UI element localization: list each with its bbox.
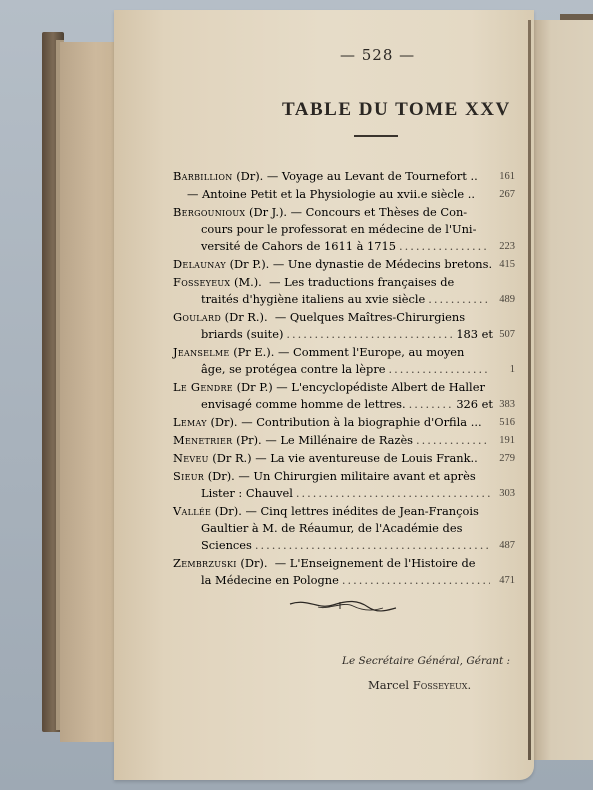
entry-title: — Voyage au Levant de Tournefort .. <box>267 168 478 185</box>
toc-entry: Le Gendre (Dr P.) — L'encyclopédiste Alb… <box>173 379 513 413</box>
entry-author: Bergounioux <box>173 204 245 221</box>
entry-author: Neveu <box>173 450 209 467</box>
entry-qualification: (Dr P.). <box>230 256 270 273</box>
entry-qualification: (Pr E.). <box>233 344 274 361</box>
entry-title: — L'encyclopédiste Albert de Haller <box>276 379 485 396</box>
entry-title-cont: Gaultier à M. de Réaumur, de l'Académie … <box>201 520 462 537</box>
entry-qualification: (Dr). <box>236 168 263 185</box>
entry-page: 415 <box>499 256 515 273</box>
entry-title-cont: versité de Cahors de 1611 à 1715 <box>201 238 396 255</box>
entry-title: — La vie aventureuse de Louis Frank.. <box>255 450 478 467</box>
entry-title: — Cinq lettres inédites de Jean-François <box>245 503 478 520</box>
entry-title-cont: Sciences <box>201 537 252 554</box>
entry-title: — Le Millénaire de Razès <box>265 432 413 449</box>
entry-title: — Concours et Thèses de Con- <box>291 204 467 221</box>
leader-dots <box>389 361 490 378</box>
toc-entry: Zembrzuski (Dr). — L'Enseignement de l'H… <box>173 555 513 589</box>
entry-page: 267 <box>499 186 515 203</box>
entry-title: — Une dynastie de Médecins bretons. <box>273 256 492 273</box>
entry-title: — Comment l'Europe, au moyen <box>278 344 464 361</box>
entry-qualification: (Dr). <box>215 503 242 520</box>
toc-entry: Bergounioux (Dr J.). — Concours et Thèse… <box>173 204 513 255</box>
entry-author: Delaunay <box>173 256 226 273</box>
entry-qualification: (Dr J.). <box>249 204 287 221</box>
signature-role: Le Secrétaire Général, Gérant : <box>342 655 510 667</box>
entry-page: 489 <box>499 291 515 308</box>
toc-entry: Goulard (Dr R.). — Quelques Maîtres-Chir… <box>173 309 513 343</box>
entry-page: 507 <box>499 326 515 343</box>
toc-entry: Lemay (Dr). — Contribution à la biograph… <box>173 414 513 431</box>
entry-title: — Quelques Maîtres-Chirurgiens <box>275 309 465 326</box>
entry-qualification: (Dr R.). <box>225 309 268 326</box>
leader-dots <box>342 572 490 589</box>
entry-page-prefix: 183 et <box>456 326 493 343</box>
entry-qualification: (Dr). <box>240 555 267 572</box>
book-gutter <box>528 20 531 760</box>
entry-page-prefix: 326 et <box>456 396 493 413</box>
table-of-contents: Barbillion (Dr). — Voyage au Levant de T… <box>173 168 513 590</box>
entry-page: 1 <box>510 361 515 378</box>
entry-page: 191 <box>499 432 515 449</box>
toc-entry: Menetrier (Pr). — Le Millénaire de Razès… <box>173 432 513 449</box>
entry-author: Menetrier <box>173 432 232 449</box>
entry-author: Jeanselme <box>173 344 230 361</box>
entry-title-cont: la Médecine en Pologne <box>201 572 339 589</box>
entry-qualification: (Pr). <box>236 432 262 449</box>
entry-page: 471 <box>499 572 515 589</box>
entry-page: 161 <box>499 168 515 185</box>
signature-first-name: Marcel <box>368 678 409 692</box>
leader-dots <box>296 485 490 502</box>
entry-title: — Un Chirurgien militaire avant et après <box>238 468 475 485</box>
toc-entry: Vallée (Dr). — Cinq lettres inédites de … <box>173 503 513 554</box>
toc-entry: — Antoine Petit et la Physiologie au xvi… <box>173 186 513 203</box>
signature-name: Marcel Fosseyeux. <box>368 678 471 692</box>
leader-dots <box>399 238 490 255</box>
entry-page: 383 <box>499 396 515 413</box>
entry-title: — L'Enseignement de l'Histoire de <box>275 555 476 572</box>
toc-entry: Barbillion (Dr). — Voyage au Levant de T… <box>173 168 513 185</box>
entry-qualification: (Dr R.) <box>212 450 251 467</box>
leader-dots <box>409 396 454 413</box>
ornament-flourish-icon <box>288 596 398 616</box>
entry-author: Le Gendre <box>173 379 233 396</box>
entry-title-cont: âge, se protégea contre la lèpre <box>201 361 386 378</box>
leader-dots <box>416 432 488 449</box>
entry-author: Barbillion <box>173 168 233 185</box>
entry-title: — Contribution à la biographie d'Orfila … <box>241 414 481 431</box>
page-stack-left <box>60 42 120 742</box>
page-number: — 528 — <box>340 46 415 64</box>
entry-page: 279 <box>499 450 515 467</box>
signature-last-name: Fosseyeux. <box>413 678 471 692</box>
entry-qualification: (Dr). <box>210 414 237 431</box>
entry-title: — Antoine Petit et la Physiologie au xvi… <box>187 186 475 203</box>
entry-title-cont: envisagé comme homme de lettres. <box>201 396 406 413</box>
entry-title-cont: briards (suite) <box>201 326 283 343</box>
entry-title-cont: Lister : Chauvel <box>201 485 293 502</box>
leader-dots <box>428 291 490 308</box>
leader-dots <box>255 537 490 554</box>
entry-author: Lemay <box>173 414 207 431</box>
entry-page: 516 <box>499 414 515 431</box>
toc-entry: Jeanselme (Pr E.). — Comment l'Europe, a… <box>173 344 513 378</box>
title-divider <box>354 135 398 137</box>
entry-author: Sieur <box>173 468 204 485</box>
entry-title: — Les traductions françaises de <box>269 274 454 291</box>
entry-title-cont: traités d'hygiène italiens au xvie siècl… <box>201 291 425 308</box>
entry-qualification: (Dr P.) <box>237 379 273 396</box>
entry-qualification: (Dr). <box>208 468 235 485</box>
entry-author: Goulard <box>173 309 221 326</box>
entry-author: Vallée <box>173 503 211 520</box>
toc-entry: Delaunay (Dr P.). — Une dynastie de Méde… <box>173 256 513 273</box>
entry-title-cont: cours pour le professorat en médecine de… <box>201 221 476 238</box>
entry-author: Zembrzuski <box>173 555 237 572</box>
entry-page: 303 <box>499 485 515 502</box>
toc-entry: Sieur (Dr). — Un Chirurgien militaire av… <box>173 468 513 502</box>
toc-entry: Fosseyeux (M.). — Les traductions frança… <box>173 274 513 308</box>
leader-dots <box>286 326 453 343</box>
entry-qualification: (M.). <box>234 274 262 291</box>
facing-page <box>530 20 593 760</box>
entry-author: Fosseyeux <box>173 274 230 291</box>
entry-page: 487 <box>499 537 515 554</box>
toc-entry: Neveu (Dr R.) — La vie aventureuse de Lo… <box>173 450 513 467</box>
page-title: TABLE DU TOME XXV <box>282 99 511 121</box>
entry-page: 223 <box>499 238 515 255</box>
